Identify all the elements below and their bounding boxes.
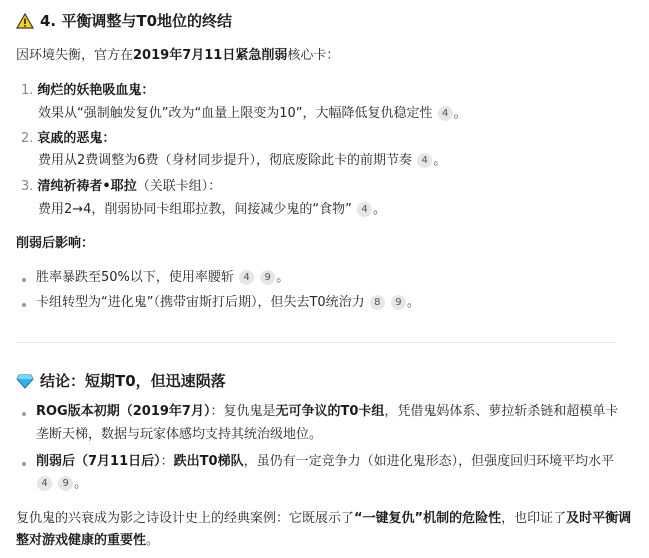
intro-text: 因环境失衡，官方在2019年7月11日紧急削弱核心卡：	[16, 46, 339, 66]
list-item-desc: 效果从“强制触发复仇”改为“血量上限变为10”，大幅降低复仇稳定性 4。	[38, 104, 467, 124]
citation-badge[interactable]: 4	[417, 153, 432, 168]
citation-badge[interactable]: 8	[370, 295, 385, 310]
impact-heading: 削弱后影响：	[16, 234, 94, 254]
summary-text-cont: 整对游戏健康的重要性。	[16, 531, 159, 551]
list-item: 2.哀戚的恶鬼：	[21, 129, 115, 149]
citation-badge[interactable]: 9	[260, 270, 275, 285]
list-item-desc: 费用2→4，削弱协同卡组耶拉教，间接减少鬼的“食物” 4。	[38, 200, 386, 220]
warning-icon	[16, 13, 34, 29]
list-item: 3.清纯祈祷者•耶拉（关联卡组）：	[21, 177, 221, 197]
bullet-item: 卡组转型为“进化鬼”（携带宙斯打后期），但失去T0统治力 8 9。	[36, 293, 420, 313]
gem-icon	[16, 373, 34, 389]
list-item-desc: 费用从2费调整为6费（身材同步提升），彻底废除此卡的前期节奏 4。	[38, 151, 446, 171]
summary-text: 复仇鬼的兴衰成为影之诗设计史上的经典案例：它既展示了“一键复仇”机制的危险性，也…	[16, 509, 631, 529]
bullet-item: 胜率暴跌至50%以下，使用率腰斩 4 9。	[36, 268, 289, 288]
bullet-dot	[22, 412, 26, 416]
bullet-item: ROG版本初期（2019年7月）：复仇鬼是无可争议的T0卡组，凭借鬼妈体系、萝拉…	[36, 402, 618, 422]
section-heading: 结论：短期T0，但迅速陨落	[16, 370, 226, 391]
bullet-item: 削弱后（7月11日后）：跌出T0梯队，虽仍有一定竞争力（如进化鬼形态），但强度回…	[36, 452, 614, 472]
bullet-item-cont: 垄断天梯，数据与玩家体感均支持其统治级地位。	[36, 425, 322, 445]
citation-badge[interactable]: 4	[37, 476, 52, 491]
citation-badge[interactable]: 4	[357, 202, 372, 217]
bullet-dot	[22, 303, 26, 307]
bullet-item-cont: 4 9。	[36, 474, 87, 494]
section-heading: 4. 平衡调整与T0地位的终结	[16, 10, 232, 31]
citation-badge[interactable]: 4	[239, 270, 254, 285]
citation-badge[interactable]: 9	[391, 295, 406, 310]
citation-badge[interactable]: 4	[438, 106, 453, 121]
bullet-dot	[22, 462, 26, 466]
bullet-dot	[22, 278, 26, 282]
citation-badge[interactable]: 9	[58, 476, 73, 491]
divider	[16, 342, 616, 343]
list-item: 1.绚烂的妖艳吸血鬼：	[21, 81, 154, 101]
